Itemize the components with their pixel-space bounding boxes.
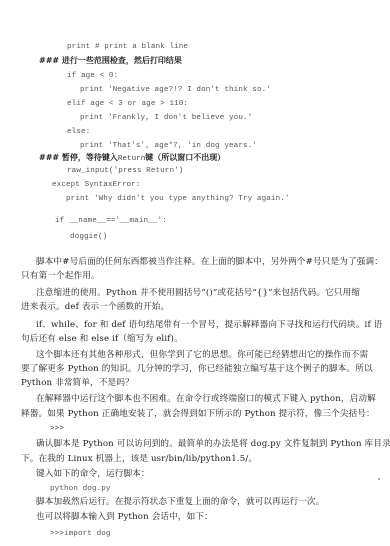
code-comment-pause: ### 暂停，等待键入Return键（所以窗口不出现） [39,154,225,164]
paragraph-comment-line2: 只有第一个起作用。 [21,272,100,281]
paragraph-indent-line1: 注意缩进的使用。Python 并不使用圆括号“()”或花括号“{}”来包括代码。… [36,289,360,298]
paragraph-run-command: 键入如下的命令，运行脚本： [36,470,150,479]
code-line-except: except SyntaxError: [52,182,140,190]
code-line-print-dog-years: print 'That's', age*7, 'in dog years.' [80,143,257,151]
comment-prefix: ### 暂停，等待键入 [39,153,118,162]
paragraph-interpreter-line2: 释器。如果 Python 正确地安装了，就会得到如下所示的 Python 提示符… [21,410,375,419]
paragraph-forms-line3: Python 非常简单，不是吗？ [21,379,134,388]
code-line-print-frankly: print 'Frankly, I don't believe you.' [80,115,252,123]
paragraph-comment-line1: 脚本中#号后面的任何东西都被当作注释。在上面的脚本中，另外两个#号只是为了强调： [36,258,383,267]
paragraph-colon-line2: 句后还有 else 和 else if（缩写为 elif)。 [21,335,183,344]
code-line-print-why: print 'Why didn't you type anything? Try… [66,196,290,204]
scan-speck [378,478,380,480]
paragraph-load-run: 脚本加载然后运行。在提示符状态下重复上面的命令，就可以再运行一次。 [36,498,325,507]
python-prompt: >>> [50,426,64,434]
command-python-dog: python dog.py [50,486,111,494]
code-line-raw-input: raw_input('press Return') [67,168,183,176]
comment-suffix: 键（所以窗口不出现） [145,153,225,162]
command-import-dog: >>>import dog [50,531,111,539]
code-line-if-main: if __name__=='__main__': [55,218,167,226]
code-line-doggie-call: doggie() [70,234,107,242]
paragraph-indent-line2: 进来表示。def 表示一个函数的开始。 [21,303,169,312]
paragraph-forms-line2: 要了解更多 Python 的知识。几分钟的学习，你已经能独立编写基于这个例子的脚… [21,365,373,374]
paragraph-access-line1: 确认脚本是 Python 可以访问到的。最简单的办法是将 dog.py 文件复制… [36,440,390,449]
comment-mono: Return [118,155,145,163]
paragraph-interpreter-line1: 在解释器中运行这个脚本也不困难。在命令行或终端窗口的模式下键入 python，启… [36,395,376,404]
code-comment-range-check: ### 进行一些范围检查，然后打印结果 [39,57,182,65]
code-line-print-negative: print 'Negative age?!? I don't think so.… [80,87,271,95]
paragraph-forms-line1: 这个脚本还有其他各种形式，但你学到了它的思想。你可能已经猜想出它的操作而不需 [36,351,368,360]
code-line-elif: elif age < 3 or age > 110: [67,101,188,109]
code-line-else: else: [67,129,90,137]
paragraph-session: 也可以将脚本输入到 Python 会话中，如下： [36,513,213,522]
code-line-print-blank: print # print a blank line [67,44,188,52]
code-line-if-age: if age < 0: [67,73,118,81]
paragraph-access-line2: 下。在我的 Linux 机器上，该是 usr/bin/lib/python1.5… [21,455,257,464]
paragraph-colon-line1: if、while、for 和 def 语句结尾带有一个冒号，提示解释器向下寻找和… [36,321,382,330]
